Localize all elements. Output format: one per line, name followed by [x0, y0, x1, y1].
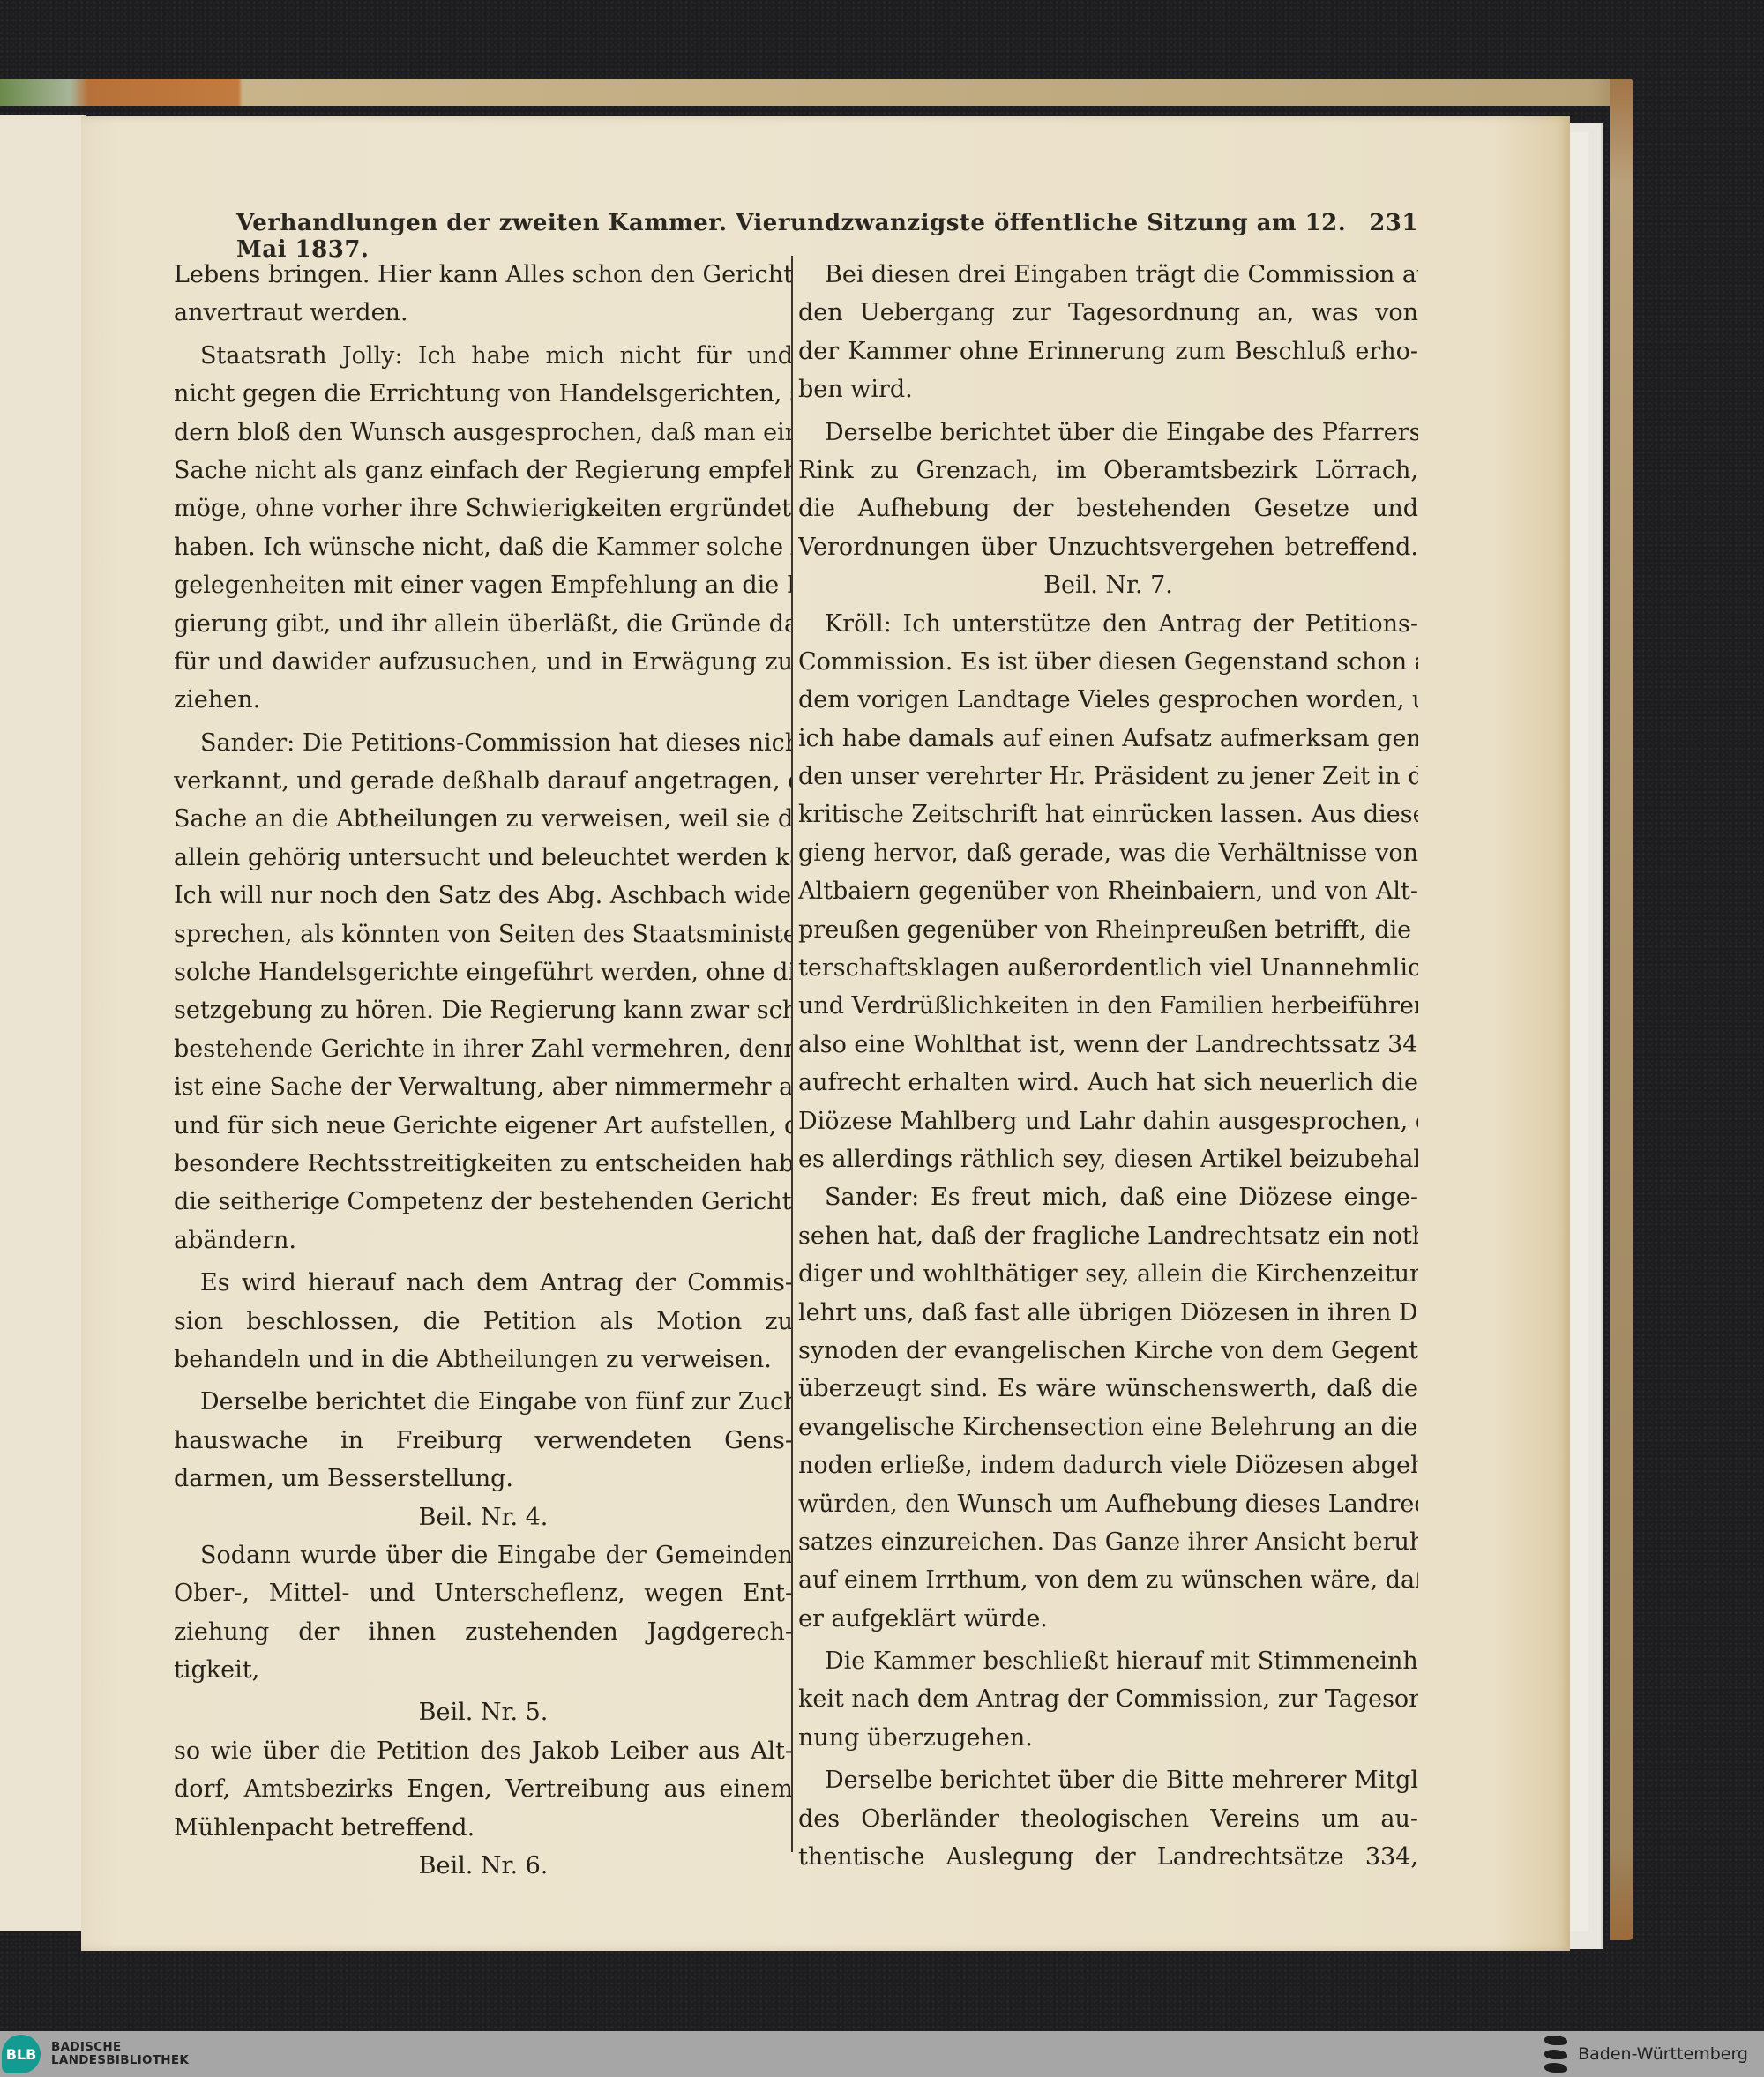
state-name: Baden-Württemberg [1578, 2044, 1748, 2064]
viewer-footer-bar: BLB BADISCHE LANDESBIBLIOTHEK Baden-Würt… [0, 2031, 1764, 2077]
running-head: Verhandlungen der zweiten Kammer. Vierun… [236, 210, 1418, 245]
text-line: aufrecht erhalten wird. Auch hat sich ne… [798, 1064, 1418, 1102]
text-line: behandeln und in die Abtheilungen zu ver… [174, 1341, 793, 1378]
attachment-reference: Beil. Nr. 4. [174, 1498, 793, 1536]
text-line: noden erließe, indem dadurch viele Diöze… [798, 1446, 1418, 1484]
text-line: er aufgeklärt würde. [798, 1600, 1418, 1638]
text-line: verkannt, und gerade deßhalb darauf ange… [174, 762, 793, 800]
text-line: bestehende Gerichte in ihrer Zahl vermeh… [174, 1030, 793, 1068]
text-line: evangelische Kirchensection eine Belehru… [798, 1408, 1418, 1446]
text-line: sehen hat, daß der fragliche Landrechtsa… [798, 1217, 1418, 1255]
text-line: also eine Wohlthat ist, wenn der Landrec… [798, 1026, 1418, 1064]
text-line: hauswache in Freiburg verwendeten Gens- [174, 1422, 793, 1460]
text-line: so wie über die Petition des Jakob Leibe… [174, 1732, 793, 1770]
baden-wuerttemberg-branding[interactable]: Baden-Württemberg [1544, 2036, 1748, 2073]
text-line: Commission. Es ist über diesen Gegenstan… [798, 643, 1418, 681]
text-line: die seitherige Competenz der bestehenden… [174, 1183, 793, 1221]
text-line: gierung gibt, und ihr allein überläßt, d… [174, 605, 793, 643]
text-line: synoden der evangelischen Kirche von dem… [798, 1332, 1418, 1370]
text-line: keit nach dem Antrag der Commission, zur… [798, 1680, 1418, 1718]
text-line: und für sich neue Gerichte eigener Art a… [174, 1107, 793, 1145]
text-line: abändern. [174, 1222, 793, 1259]
text-line: Die Kammer beschließt hierauf mit Stimme… [798, 1642, 1418, 1680]
text-line: den Uebergang zur Tagesordnung an, was v… [798, 294, 1418, 332]
text-line: setzgebung zu hören. Die Regierung kann … [174, 991, 793, 1029]
text-line: Kröll: Ich unterstütze den Antrag der Pe… [798, 605, 1418, 643]
text-line: thentische Auslegung der Landrechtsätze … [798, 1838, 1418, 1876]
text-line: ziehung der ihnen zustehenden Jagdgerech… [174, 1613, 793, 1651]
text-line: Es wird hierauf nach dem Antrag der Comm… [174, 1264, 793, 1302]
text-line: sprechen, als könnten von Seiten des Sta… [174, 915, 793, 953]
text-line: würden, den Wunsch um Aufhebung dieses L… [798, 1485, 1418, 1523]
text-line: Sache nicht als ganz einfach der Regieru… [174, 452, 793, 489]
text-line: Ober-, Mittel- und Unterscheflenz, wegen… [174, 1574, 793, 1612]
text-line: terschaftsklagen außerordentlich viel Un… [798, 949, 1418, 987]
text-line: Mühlenpacht betreffend. [174, 1809, 793, 1847]
text-line: ich habe damals auf einen Aufsatz aufmer… [798, 720, 1418, 758]
text-line: nicht gegen die Errichtung von Handelsge… [174, 375, 793, 413]
text-line: ist eine Sache der Verwaltung, aber nimm… [174, 1068, 793, 1106]
text-line: dem vorigen Landtage Vieles gesprochen w… [798, 681, 1418, 719]
text-line: sion beschlossen, die Petition als Motio… [174, 1303, 793, 1341]
text-line: solche Handelsgerichte eingeführt werden… [174, 953, 793, 991]
blb-branding[interactable]: BLB BADISCHE LANDESBIBLIOTHEK [2, 2035, 189, 2073]
text-line: lehrt uns, daß fast alle übrigen Diözese… [798, 1294, 1418, 1332]
text-line: haben. Ich wünsche nicht, daß die Kammer… [174, 528, 793, 566]
text-line: Bei diesen drei Eingaben trägt die Commi… [798, 256, 1418, 294]
text-line: Altbaiern gegenüber von Rheinbaiern, und… [798, 872, 1418, 910]
left-text-column: Lebens bringen. Hier kann Alles schon de… [174, 256, 793, 1885]
text-line: Verordnungen über Unzuchtsvergehen betre… [798, 528, 1418, 566]
text-line: dorf, Amtsbezirks Engen, Vertreibung aus… [174, 1770, 793, 1808]
text-line: dern bloß den Wunsch ausgesprochen, daß … [174, 414, 793, 452]
text-line: überzeugt sind. Es wäre wünschenswerth, … [798, 1370, 1418, 1408]
text-line: preußen gegenüber von Rheinpreußen betri… [798, 911, 1418, 949]
library-name-line2: LANDESBIBLIOTHEK [51, 2054, 189, 2067]
text-line: diger und wohlthätiger sey, allein die K… [798, 1255, 1418, 1293]
right-text-column: Bei diesen drei Eingaben trägt die Commi… [798, 256, 1418, 1876]
text-line: der Kammer ohne Erinnerung zum Beschluß … [798, 332, 1418, 370]
text-line: gieng hervor, daß gerade, was die Verhäl… [798, 834, 1418, 872]
text-line: es allerdings räthlich sey, diesen Artik… [798, 1140, 1418, 1178]
text-line: Staatsrath Jolly: Ich habe mich nicht fü… [174, 337, 793, 375]
text-line: Derselbe berichtet die Eingabe von fünf … [174, 1383, 793, 1421]
text-line: Ich will nur noch den Satz des Abg. Asch… [174, 877, 793, 915]
text-line: Lebens bringen. Hier kann Alles schon de… [174, 256, 793, 294]
text-line: den unser verehrter Hr. Präsident zu jen… [798, 758, 1418, 796]
text-line: Derselbe berichtet über die Eingabe des … [798, 414, 1418, 452]
library-name-line1: BADISCHE [51, 2041, 189, 2054]
text-line: für und dawider aufzusuchen, und in Erwä… [174, 643, 793, 681]
book-cover-right-edge [1610, 79, 1633, 1940]
text-line: anvertraut werden. [174, 294, 793, 332]
text-line: Rink zu Grenzach, im Oberamtsbezirk Lörr… [798, 452, 1418, 489]
library-name: BADISCHE LANDESBIBLIOTHEK [51, 2041, 189, 2067]
text-line: Sodann wurde über die Eingabe der Gemein… [174, 1536, 793, 1574]
text-line: gelegenheiten mit einer vagen Empfehlung… [174, 566, 793, 604]
text-line: Derselbe berichtet über die Bitte mehrer… [798, 1761, 1418, 1799]
text-line: Sander: Die Petitions-Commission hat die… [174, 724, 793, 762]
text-line: Diözese Mahlberg und Lahr dahin ausgespr… [798, 1102, 1418, 1140]
text-line: tigkeit, [174, 1651, 793, 1689]
text-line: auf einem Irrthum, von dem zu wünschen w… [798, 1561, 1418, 1599]
page-number: 231 [1369, 210, 1418, 236]
column-rule [791, 256, 793, 1852]
text-line: darmen, um Besserstellung. [174, 1460, 793, 1498]
attachment-reference: Beil. Nr. 5. [174, 1693, 793, 1731]
text-line: satzes einzureichen. Das Ganze ihrer Ans… [798, 1523, 1418, 1561]
text-line: ziehen. [174, 681, 793, 719]
running-title: Verhandlungen der zweiten Kammer. Vierun… [236, 210, 1369, 263]
text-line: die Aufhebung der bestehenden Gesetze un… [798, 489, 1418, 527]
text-line: besondere Rechtsstreitigkeiten zu entsch… [174, 1145, 793, 1183]
text-line: und Verdrüßlichkeiten in den Familien he… [798, 987, 1418, 1025]
text-line: allein gehörig untersucht und beleuchtet… [174, 839, 793, 877]
text-line: des Oberländer theologischen Vereins um … [798, 1800, 1418, 1838]
text-line: ben wird. [798, 370, 1418, 408]
text-line: nung überzugehen. [798, 1719, 1418, 1757]
three-lions-crest-icon [1544, 2036, 1567, 2073]
text-line: möge, ohne vorher ihre Schwierigkeiten e… [174, 489, 793, 527]
attachment-reference: Beil. Nr. 7. [798, 566, 1418, 604]
blb-logo-icon: BLB [2, 2035, 41, 2073]
text-line: Sander: Es freut mich, daß eine Diözese … [798, 1178, 1418, 1216]
facing-page-edge [0, 115, 86, 1931]
attachment-reference: Beil. Nr. 6. [174, 1847, 793, 1885]
text-line: kritische Zeitschrift hat einrücken lass… [798, 796, 1418, 833]
text-line: Sache an die Abtheilungen zu verweisen, … [174, 800, 793, 838]
book-cover-top-edge [0, 79, 1632, 106]
